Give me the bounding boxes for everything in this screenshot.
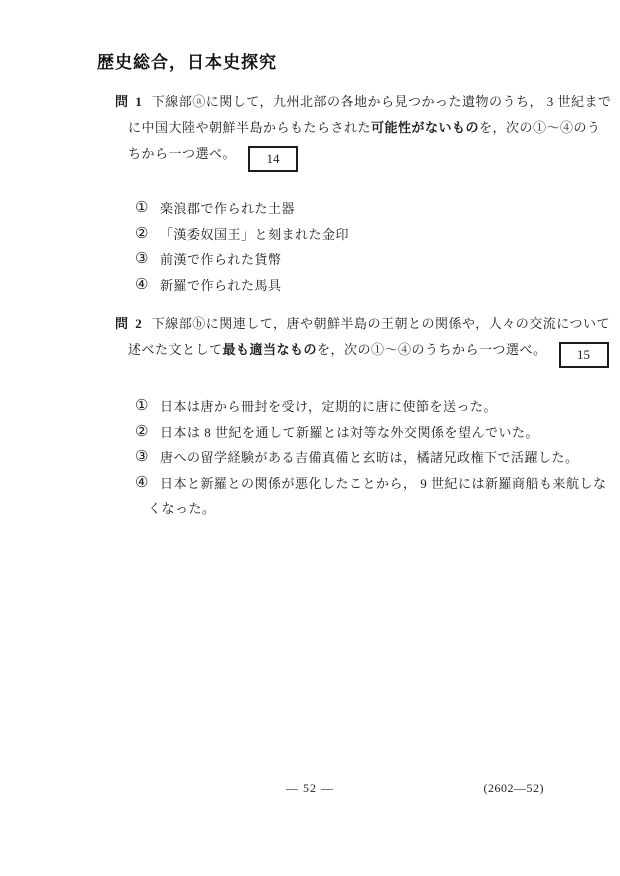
question-1-text-2b: を，次の①～④のう [479,120,601,135]
question-1-line-2: に中国大陸や朝鮮半島からもたらされた可能性がないものを，次の①～④のう [128,115,585,141]
choice-marker-2: ② [135,420,160,446]
q2-choice-4: ④ 日本と新羅との関係が悪化したことから， 9 世紀には新羅商船も来航しな くな… [135,471,585,522]
choice-marker-1: ① [135,394,160,420]
q1-choice-4-text: 新羅で作られた馬具 [160,273,282,299]
q2-choice-1-text: 日本は唐から冊封を受け，定期的に唐に使節を送った。 [160,394,497,420]
q1-choice-1-text: 楽浪郡で作られた土器 [160,196,295,222]
choice-marker-2: ② [135,222,160,248]
question-2-line-1: 問 2 下線部ⓑに関連して，唐や朝鮮半島の王朝との関係や，人々の交流について [115,311,585,337]
q1-choice-4: ④ 新羅で作られた馬具 [135,273,585,299]
q2-choice-4-line-1: 日本と新羅との関係が悪化したことから， 9 世紀には新羅商船も来航しな [160,476,607,491]
question-1-label: 問 1 [115,89,148,115]
question-1-text-2a: に中国大陸や朝鮮半島からもたらされた [128,120,371,135]
q2-choice-3: ③ 唐への留学経験がある吉備真備と玄昉は，橘諸兄政権下で活躍した。 [135,445,585,471]
question-2: 問 2 下線部ⓑに関連して，唐や朝鮮半島の王朝との関係や，人々の交流について 述… [115,311,585,368]
question-2-text-2b: を，次の①～④のうちから一つ選べ。 [317,342,547,357]
answer-box-14: 14 [248,146,298,172]
question-2-text-1: 下線部ⓑに関連して，唐や朝鮮半島の王朝との関係や，人々の交流について [152,316,610,331]
q2-choice-1: ① 日本は唐から冊封を受け，定期的に唐に使節を送った。 [135,394,585,420]
choice-marker-4: ④ [135,273,160,299]
q1-choice-2-text: 「漢委奴国王」と刻まれた金印 [160,222,349,248]
exam-page: 歴史総合，日本史探究 問 1 下線部ⓐに関して，九州北部の各地から見つかった遺物… [0,0,620,876]
choice-marker-3: ③ [135,247,160,273]
question-2-line-2: 述べた文として最も適当なものを，次の①～④のうちから一つ選べ。15 [128,337,585,368]
question-1-line-3: ちから一つ選べ。14 [128,141,585,172]
question-1-choices: ① 楽浪郡で作られた土器 ② 「漢委奴国王」と刻まれた金印 ③ 前漢で作られた貨… [135,196,585,298]
question-2-choices: ① 日本は唐から冊封を受け，定期的に唐に使節を送った。 ② 日本は 8 世紀を通… [135,394,585,522]
question-2-label: 問 2 [115,311,148,337]
question-1-text-3: ちから一つ選べ。 [128,146,236,161]
q1-choice-3: ③ 前漢で作られた貨幣 [135,247,585,273]
page-title: 歴史総合，日本史探究 [97,48,620,73]
choice-marker-3: ③ [135,445,160,471]
q2-choice-4-line-2: くなった。 [148,496,607,522]
answer-box-15: 15 [559,342,609,368]
q2-choice-4-text: 日本と新羅との関係が悪化したことから， 9 世紀には新羅商船も来航しな くなった… [160,471,607,522]
question-1: 問 1 下線部ⓐに関して，九州北部の各地から見つかった遺物のうち， 3 世紀まで… [115,89,585,172]
question-1-text-1: 下線部ⓐに関して，九州北部の各地から見つかった遺物のうち， 3 世紀まで [152,94,612,109]
q2-choice-2-text: 日本は 8 世紀を通して新羅とは対等な外交関係を望んでいた。 [160,420,539,446]
document-code: (2602—52) [484,781,545,796]
question-2-bold-emphasis: 最も適当なもの [223,342,318,357]
q2-choice-2: ② 日本は 8 世紀を通して新羅とは対等な外交関係を望んでいた。 [135,420,585,446]
q1-choice-2: ② 「漢委奴国王」と刻まれた金印 [135,222,585,248]
q1-choice-1: ① 楽浪郡で作られた土器 [135,196,585,222]
question-1-bold-emphasis: 可能性がないもの [371,120,479,135]
choice-marker-1: ① [135,196,160,222]
question-1-line-1: 問 1 下線部ⓐに関して，九州北部の各地から見つかった遺物のうち， 3 世紀まで [115,89,585,115]
q1-choice-3-text: 前漢で作られた貨幣 [160,247,282,273]
question-2-text-2a: 述べた文として [128,342,223,357]
q2-choice-3-text: 唐への留学経験がある吉備真備と玄昉は，橘諸兄政権下で活躍した。 [160,445,579,471]
